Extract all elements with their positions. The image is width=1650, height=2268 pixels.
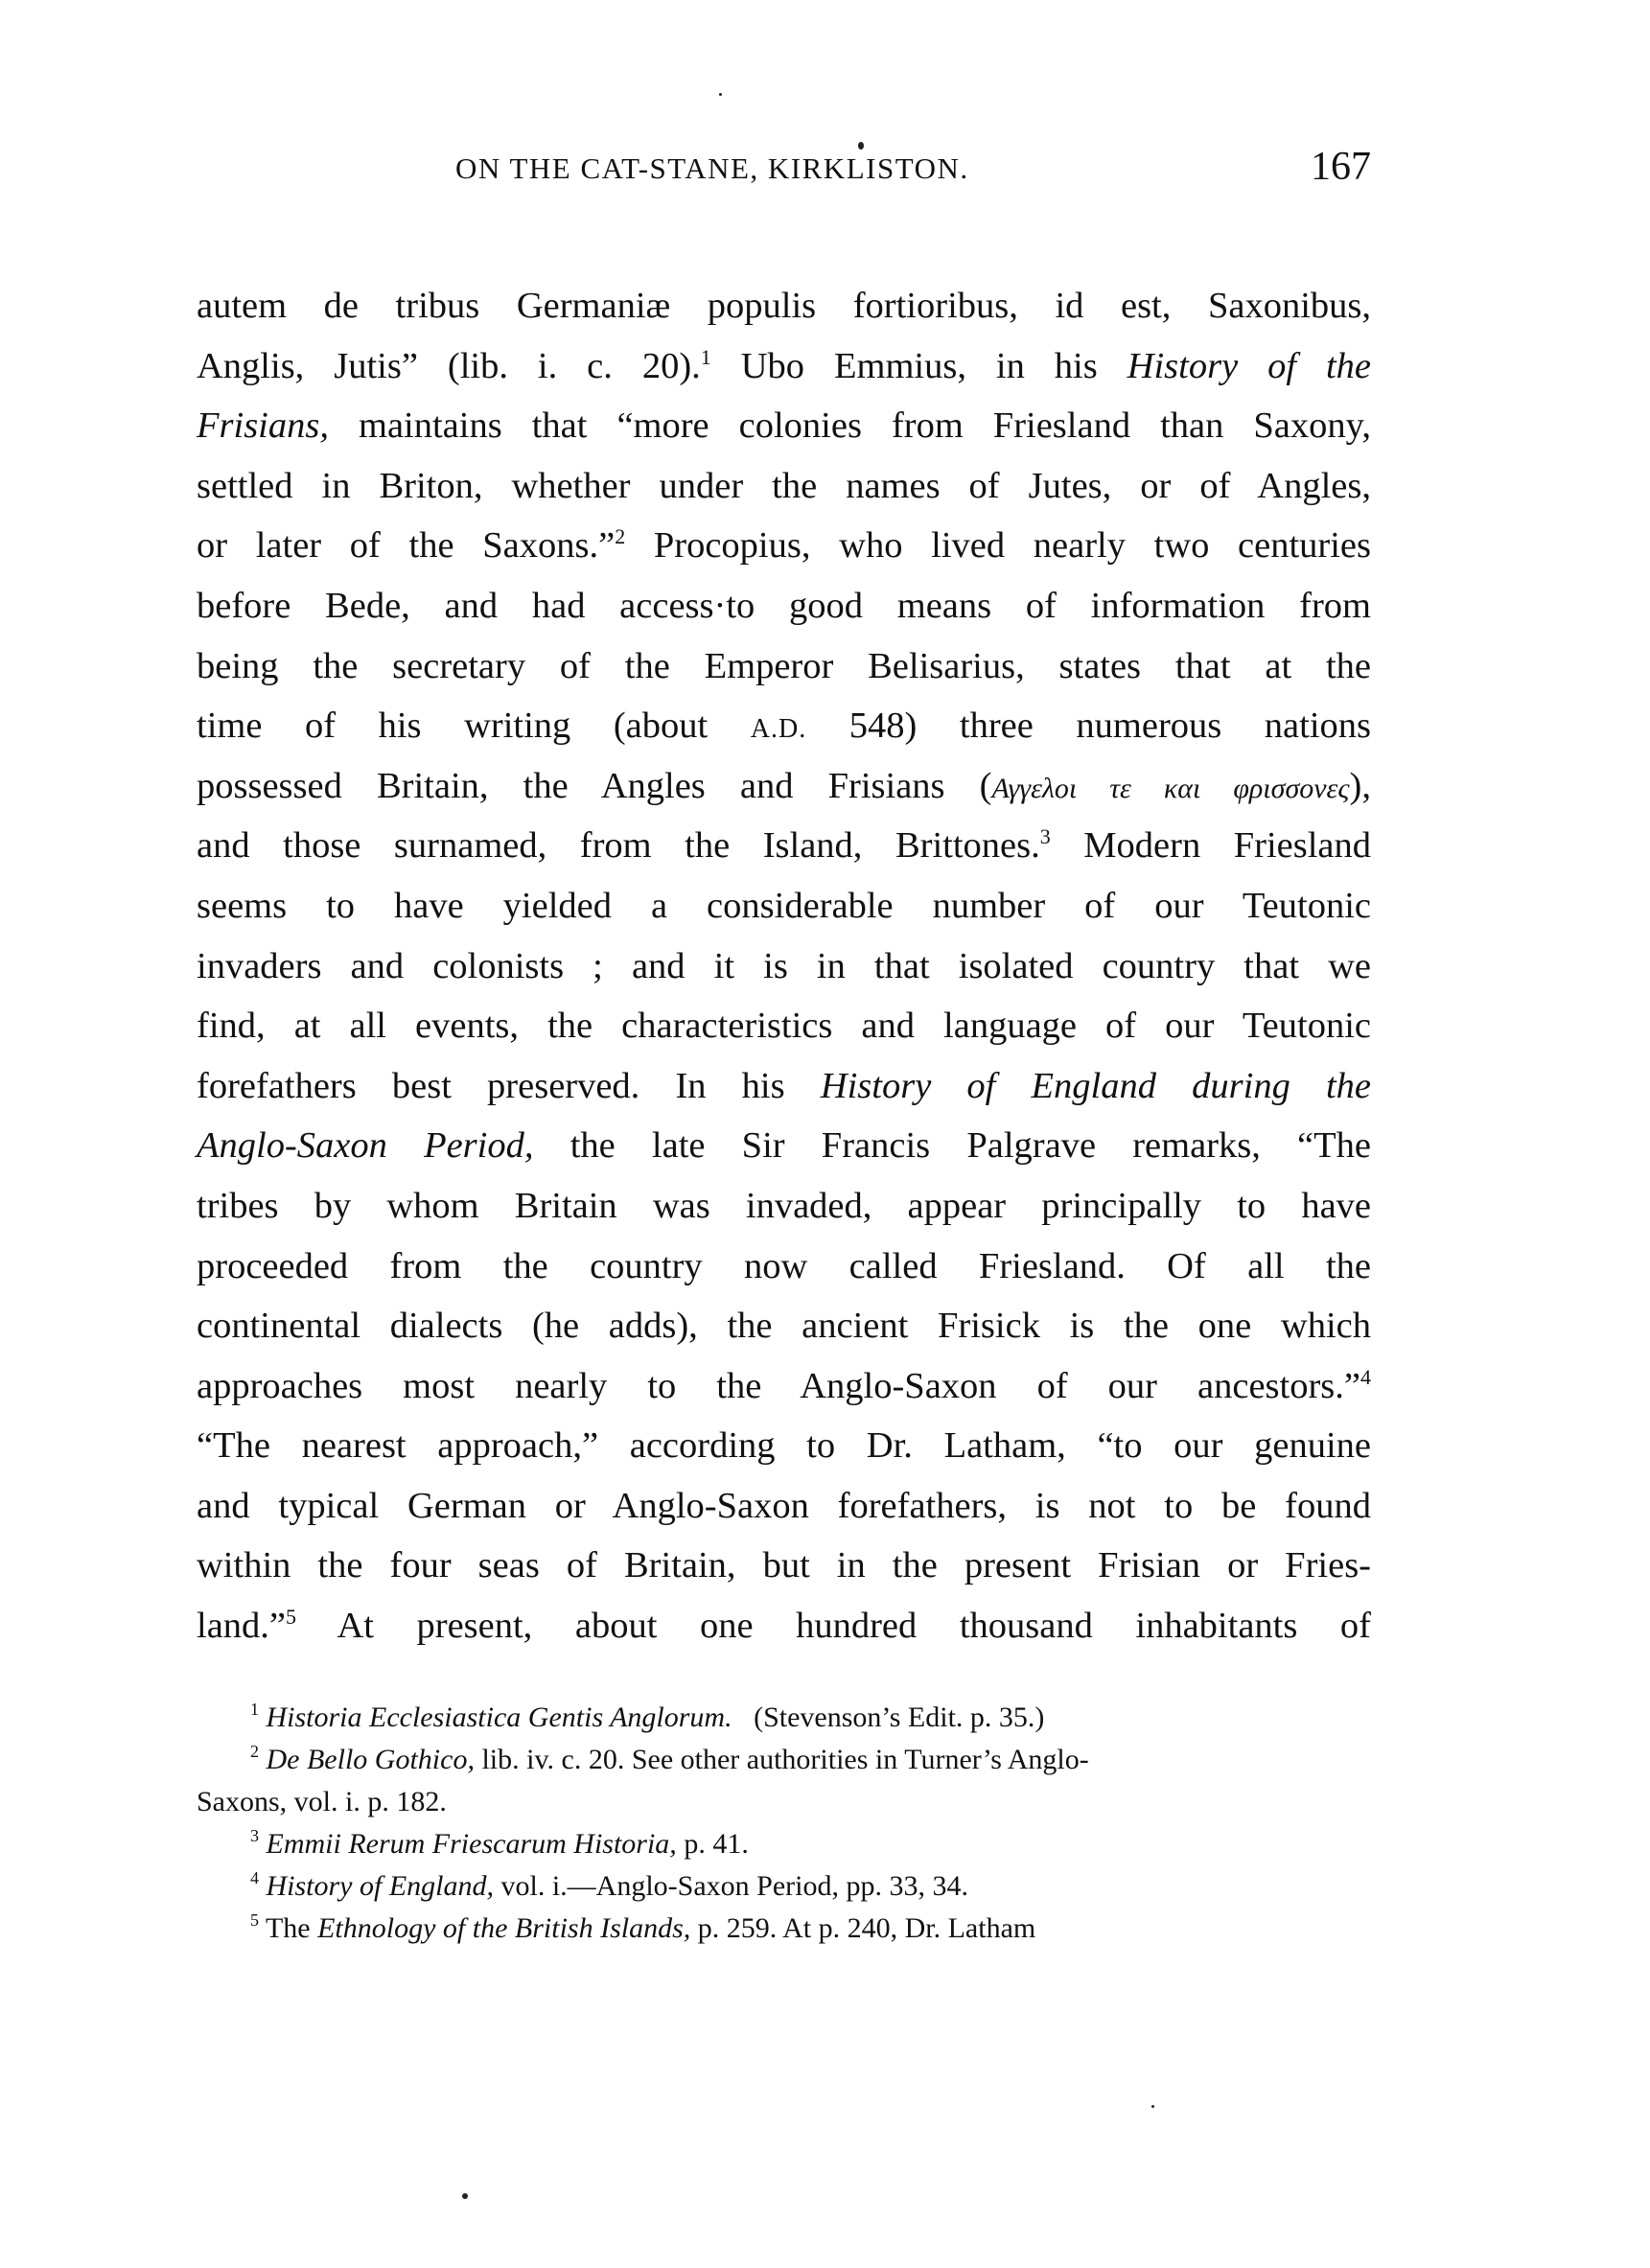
line-text: Anglis, Jutis” (lib. i. c. 20).: [197, 346, 701, 386]
line-text: continental dialects (he adds), the anci…: [197, 1306, 1371, 1346]
text-line: before Bede, and had access·to good mean…: [197, 576, 1371, 636]
line-text: At present, about one hundred thousand i…: [337, 1606, 1371, 1646]
text-line: tribes by whom Britain was invaded, appe…: [197, 1176, 1371, 1237]
footnote-title: Historia Ecclesiastica Gentis Anglorum.: [267, 1701, 732, 1733]
footnote-number: 3: [250, 1826, 259, 1845]
scan-speck: [1151, 2105, 1154, 2108]
line-text: before Bede, and had access·to good mean…: [197, 586, 1371, 626]
text-line: invaders and colonists ; and it is in th…: [197, 937, 1371, 997]
footnote-ref[interactable]: 5: [286, 1605, 296, 1629]
text-line: settled in Briton, whether under the nam…: [197, 456, 1371, 517]
body-text: autem de tribus Germaniæ populis fortior…: [197, 276, 1371, 1656]
footnote-text: The: [266, 1912, 311, 1944]
line-text: approaches most nearly to the Anglo-Saxo…: [197, 1366, 1360, 1406]
footnote-2: 2 De Bello Gothico, lib. iv. c. 20. See …: [197, 1739, 1371, 1781]
line-text: being the secretary of the Emperor Belis…: [197, 646, 1371, 686]
line-text: settled in Briton, whether under the nam…: [197, 466, 1371, 506]
line-text: time of his writing (about: [197, 706, 708, 746]
footnote-text: p. 41.: [684, 1828, 749, 1860]
line-text: find, at all events, the characteristics…: [197, 1006, 1371, 1046]
text-line: “The nearest approach,” according to Dr.…: [197, 1416, 1371, 1476]
footnote-4: 4 History of England, vol. i.—Anglo-Saxo…: [197, 1865, 1371, 1908]
italic-title: History of the: [1127, 346, 1371, 386]
small-caps-date: A.D.: [751, 714, 806, 744]
text-line: continental dialects (he adds), the anci…: [197, 1296, 1371, 1356]
greek-quote: Αγγελοι τε και φρισσονες: [992, 773, 1350, 804]
text-line: find, at all events, the characteristics…: [197, 996, 1371, 1056]
footnote-3: 3 Emmii Rerum Friescarum Historia, p. 41…: [197, 1823, 1371, 1865]
page-number: 167: [1311, 144, 1371, 190]
line-text: autem de tribus Germaniæ populis fortior…: [197, 276, 1371, 336]
running-head: ON THE CAT-STANE, KIRKLISTON. 167: [197, 144, 1371, 192]
footnote-2-continued: Saxons, vol. i. p. 182.: [197, 1781, 1371, 1823]
text-line: approaches most nearly to the Anglo-Saxo…: [197, 1356, 1371, 1417]
book-page: ON THE CAT-STANE, KIRKLISTON. 167 autem …: [0, 0, 1650, 2268]
text-line: proceeded from the country now called Fr…: [197, 1237, 1371, 1297]
footnote-ref[interactable]: 4: [1360, 1365, 1371, 1389]
line-text: within the four seas of Britain, but in …: [197, 1545, 1371, 1585]
text-line: within the four seas of Britain, but in …: [197, 1536, 1371, 1596]
running-title: ON THE CAT-STANE, KIRKLISTON.: [455, 151, 969, 186]
scan-speck: [719, 93, 722, 96]
footnote-number: 4: [250, 1868, 259, 1887]
text-line: seems to have yielded a considerable num…: [197, 876, 1371, 937]
line-text: maintains that “more colonies from Fries…: [359, 405, 1371, 446]
footnote-number: 2: [250, 1742, 259, 1761]
line-text: or later of the Saxons.”: [197, 525, 615, 566]
footnote-text: lib. iv. c. 20. See other authorities in…: [481, 1744, 1088, 1775]
text-line: forefathers best preserved. In his Histo…: [197, 1056, 1371, 1117]
footnote-5: 5 The Ethnology of the British Islands, …: [197, 1908, 1371, 1950]
footnote-text: (Stevenson’s Edit. p. 35.): [754, 1701, 1044, 1733]
text-line: possessed Britain, the Angles and Frisia…: [197, 756, 1371, 817]
line-text: land.”: [197, 1606, 286, 1646]
footnote-title: History of England,: [267, 1870, 495, 1902]
text-line: time of his writing (about A.D. 548) thr…: [197, 696, 1371, 756]
line-text: invaders and colonists ; and it is in th…: [197, 946, 1371, 986]
text-line: being the secretary of the Emperor Belis…: [197, 636, 1371, 697]
line-text: Modern Friesland: [1083, 825, 1371, 866]
line-text: the late Sir Francis Palgrave remarks, “…: [570, 1125, 1371, 1166]
line-text: forefathers best preserved. In his: [197, 1066, 785, 1106]
footnote-text: vol. i.—Anglo-Saxon Period, pp. 33, 34.: [501, 1870, 969, 1902]
line-text: and typical German or Anglo-Saxon forefa…: [197, 1486, 1371, 1526]
text-line: land.”5 At present, about one hundred th…: [197, 1596, 1371, 1656]
line-text: Ubo Emmius, in his: [741, 346, 1098, 386]
line-text: tribes by whom Britain was invaded, appe…: [197, 1186, 1371, 1226]
line-text: proceeded from the country now called Fr…: [197, 1246, 1371, 1286]
footnote-text: p. 259. At p. 240, Dr. Latham: [698, 1912, 1035, 1944]
footnote-ref[interactable]: 3: [1040, 824, 1051, 848]
footnote-text: Saxons, vol. i. p. 182.: [197, 1786, 447, 1817]
text-line: Anglo-Saxon Period, the late Sir Francis…: [197, 1116, 1371, 1176]
italic-title: Anglo-Saxon Period,: [197, 1125, 533, 1166]
text-line: Frisians, maintains that “more colonies …: [197, 396, 1371, 456]
line-text: seems to have yielded a considerable num…: [197, 886, 1371, 926]
text-line: autem de tribus Germaniæ populis fortior…: [197, 276, 1371, 336]
line-text: and those surnamed, from the Island, Bri…: [197, 825, 1040, 866]
footnote-number: 1: [250, 1700, 259, 1719]
italic-title: History of England during the: [821, 1066, 1371, 1106]
footnote-title: Emmii Rerum Friescarum Historia,: [267, 1828, 677, 1860]
text-line: Anglis, Jutis” (lib. i. c. 20).1 Ubo Emm…: [197, 336, 1371, 397]
footnote-title: Ethnology of the British Islands,: [317, 1912, 690, 1944]
line-text: 548) three numerous nations: [849, 706, 1371, 746]
footnotes: 1 Historia Ecclesiastica Gentis Anglorum…: [197, 1697, 1371, 1950]
footnote-1: 1 Historia Ecclesiastica Gentis Anglorum…: [197, 1697, 1371, 1739]
text-line: or later of the Saxons.”2 Procopius, who…: [197, 516, 1371, 576]
scan-speck: [462, 2193, 468, 2199]
line-text: “The nearest approach,” according to Dr.…: [197, 1425, 1371, 1466]
line-text: possessed Britain, the Angles and Frisia…: [197, 766, 992, 806]
footnote-title: De Bello Gothico,: [267, 1744, 475, 1775]
footnote-ref[interactable]: 2: [615, 524, 625, 548]
line-text: Procopius, who lived nearly two centurie…: [654, 525, 1371, 566]
footnote-number: 5: [250, 1910, 259, 1930]
footnote-ref[interactable]: 1: [701, 345, 711, 369]
italic-title: Frisians,: [197, 405, 329, 446]
text-line: and typical German or Anglo-Saxon forefa…: [197, 1476, 1371, 1537]
line-text: ),: [1350, 766, 1371, 806]
text-line: and those surnamed, from the Island, Bri…: [197, 816, 1371, 876]
